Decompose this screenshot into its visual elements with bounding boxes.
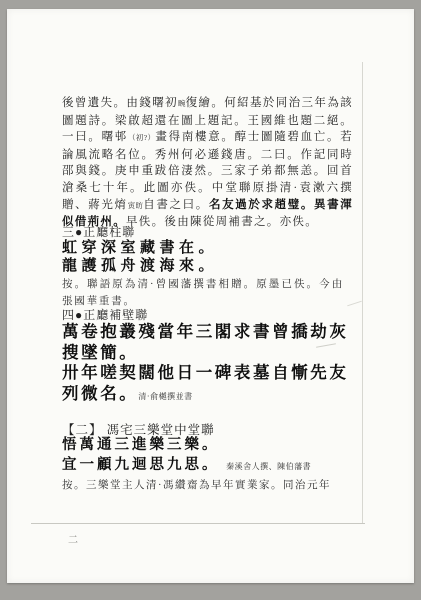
attribution: 秦溪舍人撰、陳伯藩書 bbox=[226, 462, 311, 471]
section-heading-four: 四●正廳補壁聯 bbox=[62, 306, 353, 323]
couplet-line-text: 宜一顧九迴思九思。 bbox=[62, 457, 220, 473]
page-edge-line-right bbox=[362, 62, 363, 523]
editor-note-two: 按。三樂堂主人清·馮纘齋為早年實業家。同治元年 bbox=[62, 478, 372, 495]
inline-annotation: 寅昉 bbox=[128, 201, 144, 210]
inline-annotation: （初?） bbox=[128, 133, 155, 142]
couplet-line: 悟萬通三進樂三樂。 bbox=[62, 436, 353, 456]
intro-text: 自書之曰。 bbox=[143, 199, 209, 211]
couplet-line: 卅年嗟契闊他日一碑表墓自慚先友列微名。清·俞樾撰並書 bbox=[62, 363, 359, 407]
couplet-zhengting-zhulian: 虹穿深室藏書在。 龍護孤舟渡海來。 bbox=[62, 239, 353, 276]
intro-paragraph: 後曾遺失。由錢曙初畹復繪。何紹基於同治三年為該圖題詩。梁啟超還在圖上題記。王國維… bbox=[62, 95, 353, 231]
couplet-line-text: 卅年嗟契闊他日一碑表墓自慚先友列微名。 bbox=[62, 363, 349, 403]
section-heading-three: 三●正廳柱聯 bbox=[62, 223, 353, 240]
intro-text: 後曾遺失。由錢曙初 bbox=[62, 97, 178, 109]
couplet-sanletang: 悟萬通三進樂三樂。 宜一顧九迴思九思。 秦溪舍人撰、陳伯藩書 bbox=[62, 436, 353, 476]
couplet-line: 龍護孤舟渡海來。 bbox=[62, 257, 353, 275]
attribution: 清·俞樾撰並書 bbox=[138, 392, 192, 401]
page-edge-line-bottom bbox=[31, 523, 365, 524]
folio-number: 二 bbox=[68, 531, 78, 546]
couplet-line: 宜一顧九迴思九思。 秦溪舍人撰、陳伯藩書 bbox=[62, 456, 353, 477]
inline-annotation: 畹 bbox=[178, 99, 186, 108]
couplet-line: 虹穿深室藏書在。 bbox=[62, 239, 353, 257]
couplet-zhengting-bubilian: 萬卷抱叢殘當年三閣求書曾撟劫灰搜墜簡。 卅年嗟契闊他日一碑表墓自慚先友列微名。清… bbox=[62, 322, 359, 407]
scanned-book-page: { "colors": { "page_bg": "#fbfbf8", "sur… bbox=[0, 0, 421, 600]
couplet-line: 萬卷抱叢殘當年三閣求書曾撟劫灰搜墜簡。 bbox=[62, 322, 359, 363]
